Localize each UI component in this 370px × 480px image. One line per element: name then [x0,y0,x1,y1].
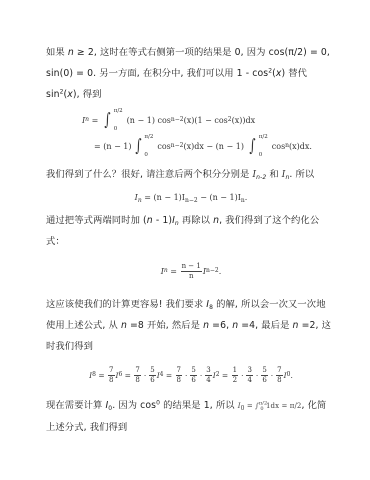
denominator: 8 [277,376,281,385]
paragraph-5-line-1: 现在需要计算 I0. 因为 cos0 的结果是 1, 所以 I0 = ∫π/20… [46,395,336,417]
equals: = [89,116,101,125]
text: =4, 最后是 [238,320,292,331]
fraction: 12 [232,366,238,385]
paragraph-3-line-2: 式： [46,231,336,252]
fraction: 78 [108,366,114,385]
text: sin(0) = 0. 另一方面, 在积分中, 我们可以用 1 - cos [46,68,268,79]
fraction: 34 [205,366,211,385]
text: ≥ 2, 这时在等式右侧第一项的结果是 0, 因为 cos(π/2) = 0, [74,47,330,58]
paragraph-1-line-3: sin2(x), 得到 [46,84,336,105]
paragraph-4-line-2: 使用上述公式, 从 n =8 开始, 然后是 n =6, n =4, 最后是 n… [46,315,336,336]
text: =8 开始, 然后是 [127,320,203,331]
subscript: n-2 [256,174,266,181]
text: 这应该使我们的计算更容易! 我们要求 [46,299,206,310]
equation-1-line-2: = (n − 1) ∫ π/20 cosn−2(x)dx − (n − 1) ∫… [82,133,336,159]
text: 现在需要计算 [46,400,105,411]
denominator: 8 [135,376,139,385]
numerator: 5 [261,366,267,376]
equals: = [96,371,107,380]
fraction: 78 [176,366,182,385]
integral-sign-icon: ∫ [104,110,110,130]
paragraph-1: 如果 n ≥ 2, 这时在等式右侧第一项的结果是 0, 因为 cos(π/2) … [46,42,336,105]
equation-4: I8 = 78 I6 = 78· 56 I4 = 78· 56· 34 I2 =… [46,357,336,393]
paragraph-3: 通过把等式两端同时加 (n - 1)In 再除以 n, 我们得到了这个约化公 式… [46,210,336,252]
numerator: 5 [149,366,155,376]
subscript: n−2 [185,197,198,204]
math-text: = (n − 1) [94,142,132,151]
fraction: n − 1n [181,262,202,281]
fraction: 56 [149,366,155,385]
multiply-dot: · [144,371,146,380]
multiply-dot: · [256,371,258,380]
integral-sign-icon: ∫ [135,136,141,156]
integral-limits: π/20 [259,134,268,158]
paragraph-1-line-1: 如果 n ≥ 2, 这时在等式右侧第一项的结果是 0, 因为 cos(π/2) … [46,42,336,63]
math-text: − (n − 1)I [198,193,241,202]
numerator: 7 [276,366,282,376]
fraction: 56 [261,366,267,385]
fraction: 78 [276,366,282,385]
paragraph-4: 这应该使我们的计算更容易! 我们要求 I8 的解, 所以会一次又一次地 使用上述… [46,294,336,357]
fraction: 56 [190,366,196,385]
multiply-dot: · [185,371,187,380]
text: =6, [209,320,232,331]
lower-limit: 0 [144,152,153,158]
equals: = [220,371,231,380]
integrand: cos [272,142,285,151]
equals: = [245,402,256,410]
numerator: 3 [246,366,252,376]
denominator: 4 [247,376,251,385]
equation-1: In = ∫ π/20 (n − 1) cosn−2(x)(1 − cos2(x… [82,107,336,159]
text: ) 替代 [281,68,307,79]
integral-sign-icon: ∫ [249,136,255,156]
denominator: 4 [206,376,210,385]
paragraph-2: 我们得到了什么？很好, 请注意后两个积分分别是 In-2 和 In. 所以 [46,164,336,186]
denominator: 8 [109,376,113,385]
text: 我们得到了什么？很好, 请注意后两个积分分别是 [46,169,253,180]
text: , 化简 [301,400,326,411]
equals: = [163,371,174,380]
paragraph-4-line-1: 这应该使我们的计算更容易! 我们要求 I8 的解, 所以会一次又一次地 [46,294,336,315]
equation-2: In = (n − 1)In−2 − (n − 1)In. [46,186,336,210]
equals: = [168,267,180,276]
text: =2, 这 [299,320,331,331]
fraction: 34 [246,366,252,385]
denominator: 8 [177,376,181,385]
integrand: cos [157,142,170,151]
integrand: (n − 1) cos [127,116,171,125]
integral-limits: π/20 [114,108,123,132]
lower-limit: 0 [114,126,123,132]
text: 的结果是 1, 所以 [160,400,238,411]
text: ), 得到 [73,89,102,100]
text: , 我们得到了这个约化公 [219,215,319,226]
math-text: . [245,193,248,202]
inline-math-integral: I0 = ∫π/20 1dx = π/2 [238,402,302,410]
math-text: = (n − 1)I [142,193,185,202]
math-text: . [219,267,222,276]
text: 使用上述公式, 从 [46,320,121,331]
text: 通过把等式两端同时加 ( [46,215,147,226]
math-text: 1dx = π/2 [264,402,302,410]
math-text: . [290,371,292,380]
numerator: 1 [232,366,238,376]
denominator: n [189,272,194,281]
numerator: 5 [190,366,196,376]
upper-limit: π/2 [259,134,268,140]
paragraph-1-line-2: sin(0) = 0. 另一方面, 在积分中, 我们可以用 1 - cos2(x… [46,63,336,84]
integrand: (x)dx − (n − 1) [183,142,243,151]
paragraph-3-line-1: 通过把等式两端同时加 (n - 1)In 再除以 n, 我们得到了这个约化公 [46,210,336,231]
text: 和 [266,169,282,180]
denominator: 6 [262,376,266,385]
document-page: 如果 n ≥ 2, 这时在等式右侧第一项的结果是 0, 因为 cos(π/2) … [46,42,336,438]
integrand: (x)(1 − cos [184,116,228,125]
multiply-dot: · [271,371,273,380]
multiply-dot: · [200,371,202,380]
upper-limit: π/2 [144,134,153,140]
upper-limit: π/2 [114,108,123,114]
numerator: 3 [205,366,211,376]
text: 再除以 [179,215,213,226]
integral-limits: π/20 [144,134,153,158]
numerator: 7 [176,366,182,376]
text: - 1) [153,215,172,226]
denominator: 6 [191,376,195,385]
numerator: n − 1 [181,262,202,272]
lower-limit: 0 [259,152,268,158]
integrand: (x)dx. [289,142,312,151]
text: sin [46,89,60,100]
text: . 所以 [289,169,314,180]
paragraph-4-line-3: 时我们得到 [46,336,336,357]
numerator: 7 [108,366,114,376]
paragraph-5-line-2: 上述分式, 我们得到 [46,417,336,438]
fraction: 78 [134,366,140,385]
multiply-dot: · [241,371,243,380]
denominator: 2 [233,376,237,385]
paragraph-5: 现在需要计算 I0. 因为 cos0 的结果是 1, 所以 I0 = ∫π/20… [46,395,336,438]
equals: = [122,371,133,380]
integrand: (x))dx [232,116,256,125]
text: 如果 [46,47,68,58]
numerator: 7 [134,366,140,376]
denominator: 6 [150,376,154,385]
text: . 因为 cos [112,400,156,411]
equation-3: In = n − 1n In−2. [46,252,336,290]
equation-1-line-1: In = ∫ π/20 (n − 1) cosn−2(x)(1 − cos2(x… [82,107,336,133]
text: 的解, 所以会一次又一次地 [213,299,326,310]
